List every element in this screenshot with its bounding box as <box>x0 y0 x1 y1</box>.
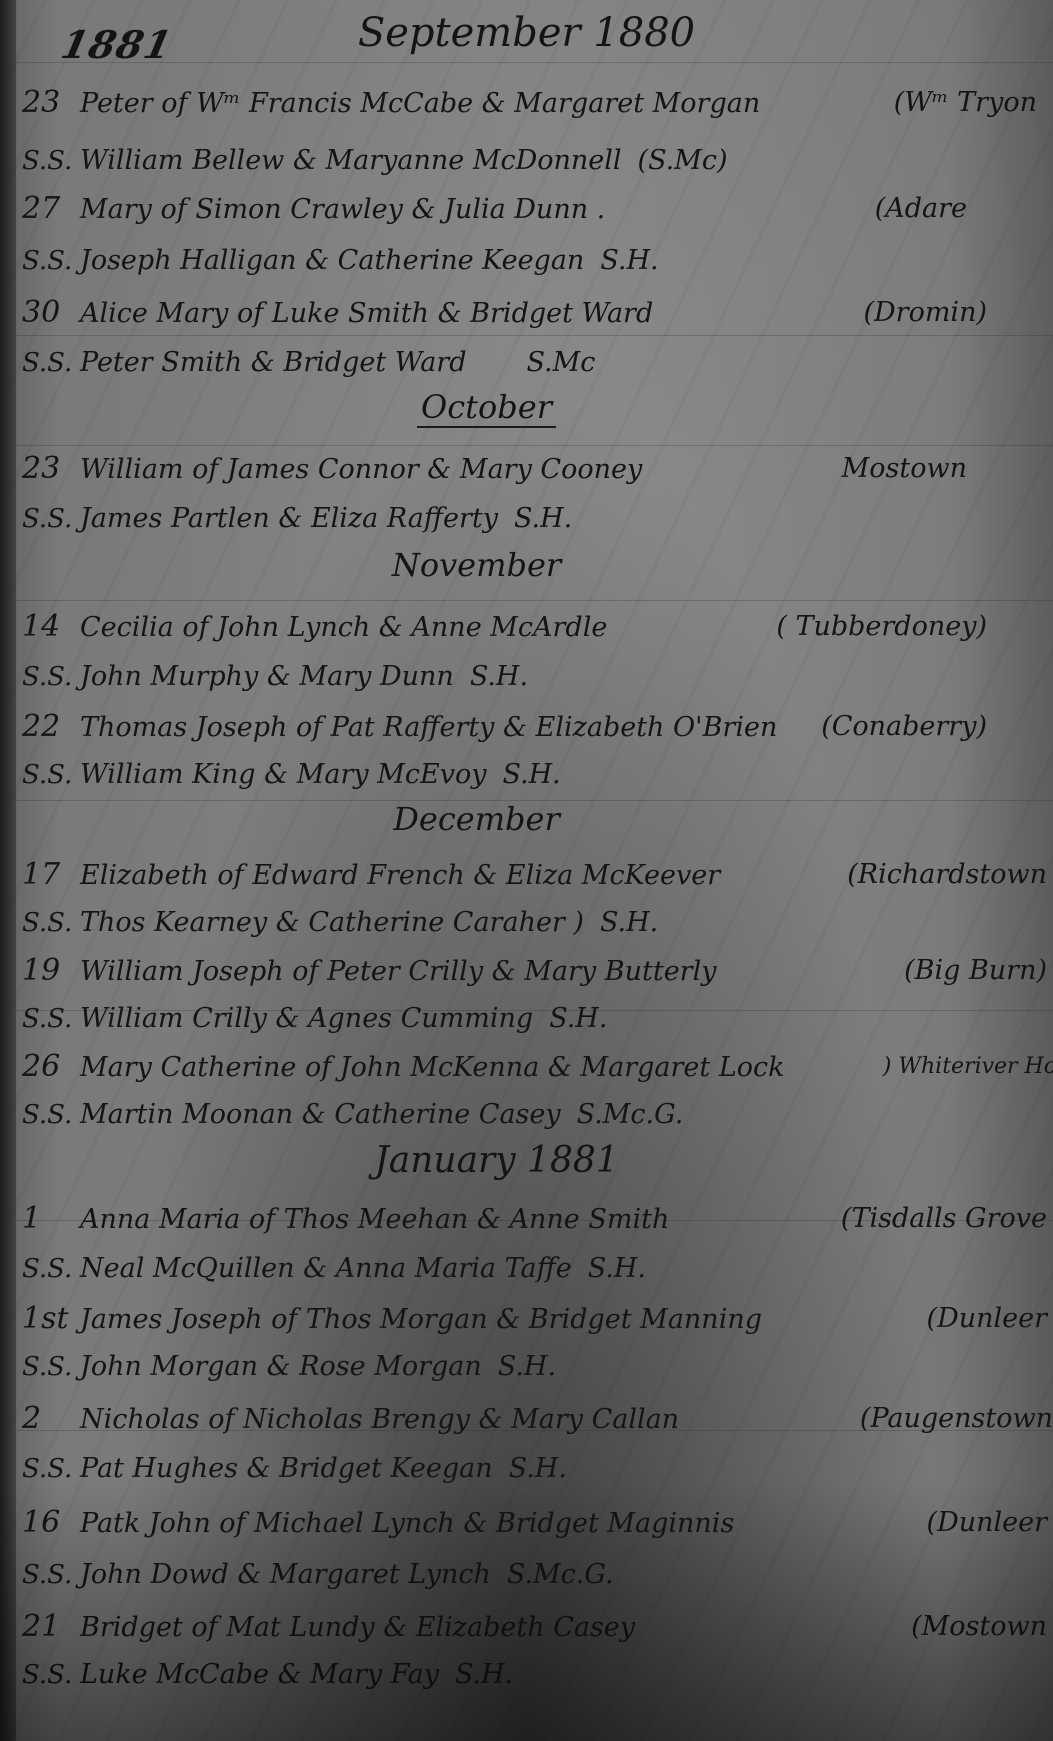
entry-day: 1 <box>22 1196 80 1242</box>
sponsors-label: S.S. <box>22 752 80 798</box>
entry-day: 14 <box>22 604 80 650</box>
entry-place: (Richardstown <box>847 852 1047 898</box>
sponsors-label: S.S. <box>22 238 80 284</box>
entry-place: (Mostown <box>911 1604 1047 1650</box>
entry-day: 23 <box>22 446 80 492</box>
sponsors-label: S.S. <box>22 1552 80 1598</box>
entry-row: 26Mary Catherine of John McKenna & Marga… <box>22 1044 1047 1090</box>
sponsors-label: S.S. <box>22 1246 80 1292</box>
entry-text: William Joseph of Peter Crilly & Mary Bu… <box>80 956 716 987</box>
entry-row: 1Anna Maria of Thos Meehan & Anne Smith(… <box>22 1196 1047 1242</box>
entry-text: William Crilly & Agnes Cumming <box>80 1003 533 1034</box>
month-label: October <box>417 388 556 428</box>
priest-initials: S.H. <box>600 245 658 276</box>
entry-day: 23 <box>22 80 80 126</box>
priest-initials: S.H. <box>514 503 572 534</box>
entry-text: Pat Hughes & Bridget Keegan <box>80 1453 493 1484</box>
entry-text: Anna Maria of Thos Meehan & Anne Smith <box>80 1204 669 1235</box>
entry-row: 19William Joseph of Peter Crilly & Mary … <box>22 948 1047 994</box>
entry-day: 30 <box>22 290 80 336</box>
page-title-month: September 1880 <box>0 10 1053 56</box>
ledger-rule <box>16 600 1053 601</box>
entry-text: Mary of Simon Crawley & Julia Dunn . <box>80 194 605 225</box>
entry-row: 21Bridget of Mat Lundy & Elizabeth Casey… <box>22 1604 1047 1650</box>
entry-text: Martin Moonan & Catherine Casey <box>80 1099 561 1130</box>
entry-row: 16Patk John of Michael Lynch & Bridget M… <box>22 1500 1047 1546</box>
priest-initials: S.H. <box>588 1253 646 1284</box>
entry-text: John Murphy & Mary Dunn <box>80 661 454 692</box>
entry-row: 30Alice Mary of Luke Smith & Bridget War… <box>22 290 1047 336</box>
entry-text: Thomas Joseph of Pat Rafferty & Elizabet… <box>80 712 777 743</box>
entry-place: (Wᵐ Tryon <box>894 80 1037 126</box>
entry-place: (Dunleer <box>927 1500 1047 1546</box>
entry-row: 23William of James Connor & Mary CooneyM… <box>22 446 1047 492</box>
entry-text: Peter Smith & Bridget Ward <box>80 347 466 378</box>
entry-text: Thos Kearney & Catherine Caraher ) <box>80 907 584 938</box>
entry-day: 1st <box>22 1296 80 1342</box>
entry-text: Luke McCabe & Mary Fay <box>80 1659 439 1690</box>
entry-sponsors-row: S.S.Luke McCabe & Mary FayS.H. <box>22 1652 1047 1698</box>
book-binding-edge <box>0 0 16 1741</box>
entry-text: Cecilia of John Lynch & Anne McArdle <box>80 612 607 643</box>
sponsors-label: S.S. <box>22 900 80 946</box>
sponsors-label: S.S. <box>22 496 80 542</box>
entry-sponsors-row: S.S.Joseph Halligan & Catherine KeeganS.… <box>22 238 1047 284</box>
entry-sponsors-row: S.S.Neal McQuillen & Anna Maria TaffeS.H… <box>22 1246 1047 1292</box>
entry-text: Alice Mary of Luke Smith & Bridget Ward <box>80 298 653 329</box>
entry-text: Peter of Wᵐ Francis McCabe & Margaret Mo… <box>80 88 760 119</box>
entry-day: 19 <box>22 948 80 994</box>
entry-row: 17Elizabeth of Edward French & Eliza McK… <box>22 852 1047 898</box>
entry-row: 22Thomas Joseph of Pat Rafferty & Elizab… <box>22 704 1047 750</box>
month-label: December <box>393 800 560 838</box>
entry-place: (Big Burn) <box>904 948 1047 994</box>
entry-sponsors-row: S.S.Thos Kearney & Catherine Caraher )S.… <box>22 900 1047 946</box>
entry-day: 22 <box>22 704 80 750</box>
entry-day: 17 <box>22 852 80 898</box>
priest-initials: S.H. <box>600 907 658 938</box>
month-label: November <box>392 546 561 584</box>
entry-text: Elizabeth of Edward French & Eliza McKee… <box>80 860 720 891</box>
entry-sponsors-row: S.S.John Morgan & Rose MorganS.H. <box>22 1344 1047 1390</box>
priest-initials: S.Mc.G. <box>577 1099 684 1130</box>
entry-text: Joseph Halligan & Catherine Keegan <box>80 245 584 276</box>
month-label: January 1881 <box>374 1140 618 1181</box>
entry-day: 27 <box>22 186 80 232</box>
entry-text: James Joseph of Thos Morgan & Bridget Ma… <box>80 1304 762 1335</box>
entry-place: ( Tubberdoney) <box>776 604 987 650</box>
entry-day: 16 <box>22 1500 80 1546</box>
entry-day: 21 <box>22 1604 80 1650</box>
entry-place: (Tisdalls Grove <box>841 1196 1047 1242</box>
entry-sponsors-row: S.S.William King & Mary McEvoyS.H. <box>22 752 1047 798</box>
entry-sponsors-row: S.S.Pat Hughes & Bridget KeeganS.H. <box>22 1446 1047 1492</box>
sponsors-label: S.S. <box>22 654 80 700</box>
entry-place: (Dromin) <box>863 290 987 336</box>
priest-initials: S.H. <box>470 661 528 692</box>
priest-initials: S.H. <box>455 1659 513 1690</box>
priest-initials: S.Mc.G. <box>507 1559 614 1590</box>
entry-place: (Dunleer <box>927 1296 1047 1342</box>
sponsors-label: S.S. <box>22 340 80 386</box>
entry-row: 1stJames Joseph of Thos Morgan & Bridget… <box>22 1296 1047 1342</box>
ledger-rule <box>16 62 1053 63</box>
entry-row: 14Cecilia of John Lynch & Anne McArdle( … <box>22 604 1047 650</box>
entry-text: Nicholas of Nicholas Brengy & Mary Calla… <box>80 1404 679 1435</box>
month-heading-october: October <box>0 388 1053 426</box>
month-heading-november: November <box>0 546 1053 584</box>
month-heading-december: December <box>0 800 1053 838</box>
month-heading-january: January 1881 <box>0 1140 1053 1181</box>
priest-initials: S.H. <box>549 1003 607 1034</box>
entry-place: ) Whiteriver Ho <box>883 1044 1053 1090</box>
priest-initials: S.Mc <box>526 347 595 378</box>
entry-text: William King & Mary McEvoy <box>80 759 487 790</box>
entry-row: 23Peter of Wᵐ Francis McCabe & Margaret … <box>22 80 1047 126</box>
entry-sponsors-row: S.S.John Dowd & Margaret LynchS.Mc.G. <box>22 1552 1047 1598</box>
entry-place: (Paugenstown <box>860 1396 1053 1442</box>
entry-day: 26 <box>22 1044 80 1090</box>
entry-text: John Morgan & Rose Morgan <box>80 1351 482 1382</box>
entry-text: Bridget of Mat Lundy & Elizabeth Casey <box>80 1612 635 1643</box>
entry-text: John Dowd & Margaret Lynch <box>80 1559 491 1590</box>
entry-text: Patk John of Michael Lynch & Bridget Mag… <box>80 1508 734 1539</box>
entry-day: 2 <box>22 1396 80 1442</box>
priest-initials: (S.Mc) <box>638 145 728 176</box>
entry-place: Mostown <box>842 446 967 492</box>
entry-text: William of James Connor & Mary Cooney <box>80 454 642 485</box>
entry-sponsors-row: S.S.Peter Smith & Bridget WardS.Mc <box>22 340 1047 386</box>
sponsors-label: S.S. <box>22 1344 80 1390</box>
entry-sponsors-row: S.S.John Murphy & Mary DunnS.H. <box>22 654 1047 700</box>
entry-sponsors-row: S.S.William Bellew & Maryanne McDonnell(… <box>22 138 1047 184</box>
entry-text: Neal McQuillen & Anna Maria Taffe <box>80 1253 572 1284</box>
entry-sponsors-row: S.S.Martin Moonan & Catherine CaseyS.Mc.… <box>22 1092 1047 1138</box>
entry-row: 27Mary of Simon Crawley & Julia Dunn .(A… <box>22 186 1047 232</box>
entry-text: James Partlen & Eliza Rafferty <box>80 503 498 534</box>
sponsors-label: S.S. <box>22 1092 80 1138</box>
entry-place: (Adare <box>875 186 967 232</box>
entry-row: 2Nicholas of Nicholas Brengy & Mary Call… <box>22 1396 1047 1442</box>
sponsors-label: S.S. <box>22 1652 80 1698</box>
register-page: 1881 September 1880 23Peter of Wᵐ Franci… <box>0 0 1053 1741</box>
priest-initials: S.H. <box>509 1453 567 1484</box>
entry-text: William Bellew & Maryanne McDonnell <box>80 145 622 176</box>
sponsors-label: S.S. <box>22 1446 80 1492</box>
entry-sponsors-row: S.S.James Partlen & Eliza RaffertyS.H. <box>22 496 1047 542</box>
priest-initials: S.H. <box>498 1351 556 1382</box>
entry-place: (Conaberry) <box>821 704 987 750</box>
entry-text: Mary Catherine of John McKenna & Margare… <box>80 1052 785 1083</box>
priest-initials: S.H. <box>503 759 561 790</box>
sponsors-label: S.S. <box>22 996 80 1042</box>
sponsors-label: S.S. <box>22 138 80 184</box>
entry-sponsors-row: S.S.William Crilly & Agnes CummingS.H. <box>22 996 1047 1042</box>
